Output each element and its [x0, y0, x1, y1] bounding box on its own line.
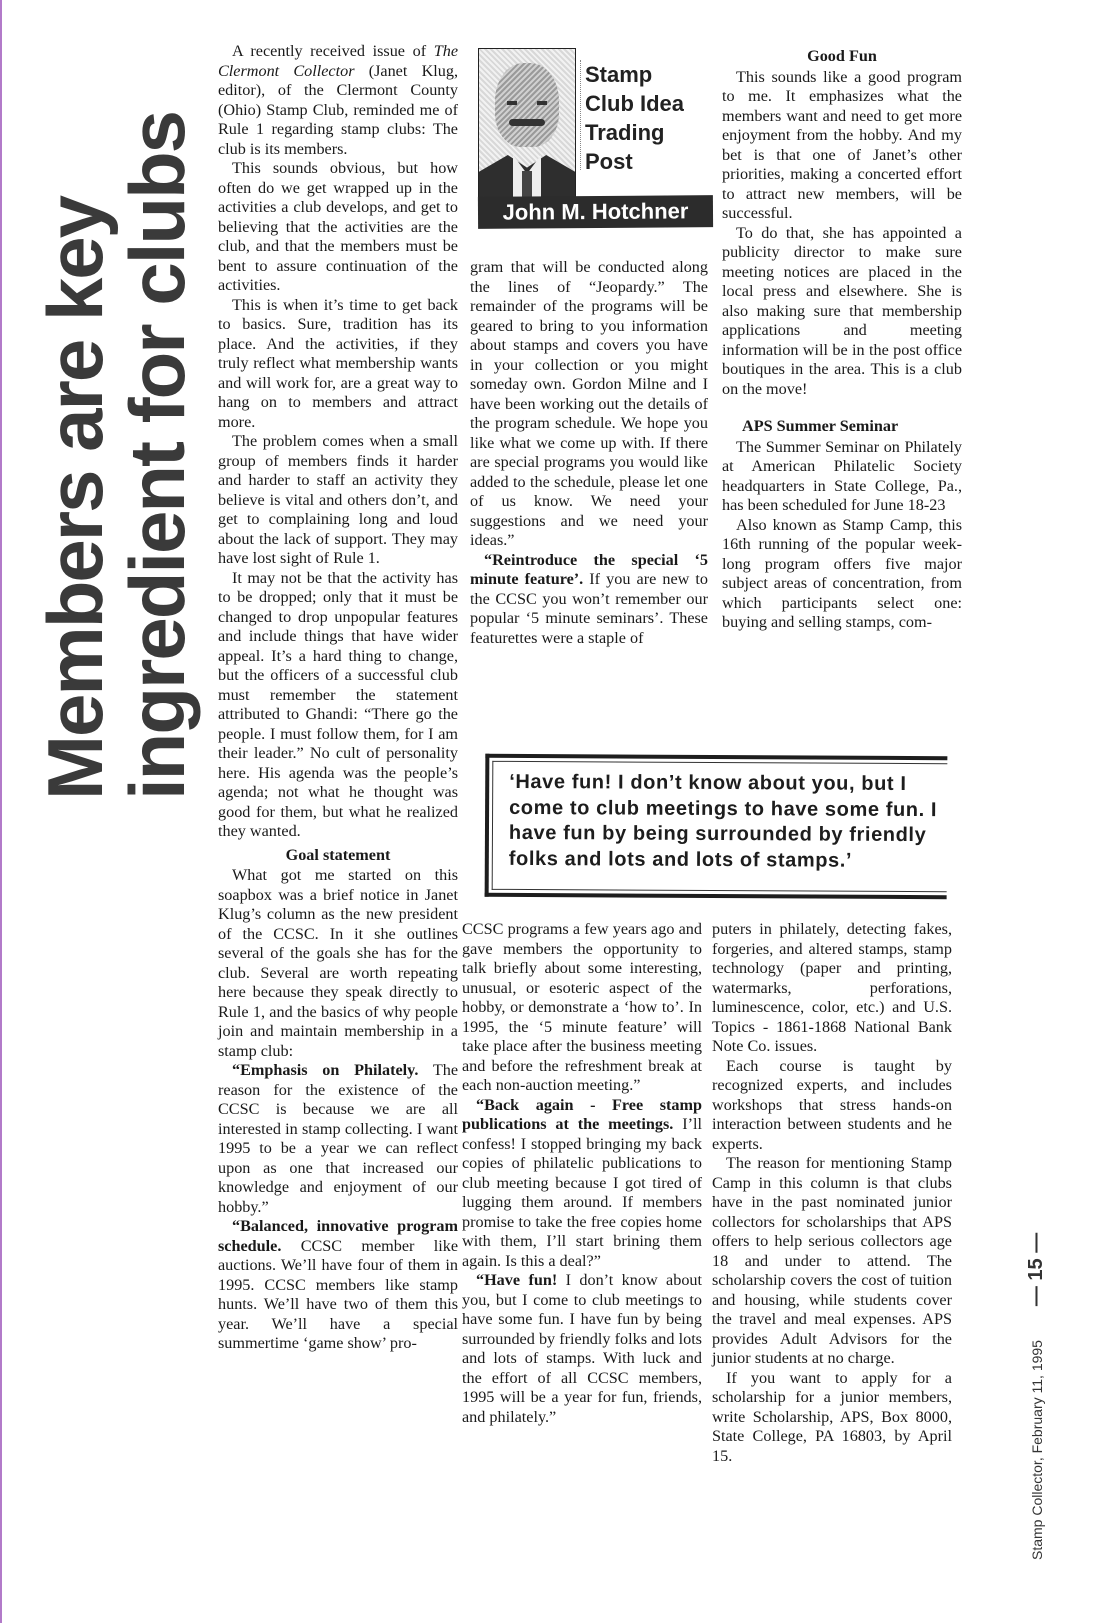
portrait-tie	[522, 171, 532, 197]
paragraph: The Summer Seminar on Philately at Ameri…	[722, 438, 962, 516]
paragraph: gram that will be conducted along the li…	[470, 258, 708, 551]
text: I don’t know about you, but I come to cl…	[462, 1271, 702, 1426]
author-byline: John M. Hotchner	[478, 195, 713, 229]
article-column-3-bottom: puters in philately, detecting fakes, fo…	[712, 920, 952, 1466]
author-photo	[478, 48, 576, 198]
paragraph: If you want to apply for a scholarship f…	[712, 1369, 952, 1467]
article-column-2-top: gram that will be conducted along the li…	[470, 258, 708, 648]
paragraph: The reason for mentioning Stamp Camp in …	[712, 1154, 952, 1369]
column-title-line: Club Idea	[585, 89, 684, 118]
portrait-eyes	[507, 101, 547, 105]
article-column-2-bottom: CCSC programs a few years ago and gave m…	[462, 920, 702, 1427]
paragraph: It may not be that the activity has to b…	[218, 569, 458, 842]
paragraph: Also known as Stamp Camp, this 16th runn…	[722, 516, 962, 633]
lead-in: “Emphasis on Philately.	[232, 1061, 418, 1079]
portrait-mustache	[509, 119, 545, 126]
paragraph: What got me started on this soapbox was …	[218, 866, 458, 1061]
paragraph: “Reintroduce the special ‘5 minute featu…	[470, 551, 708, 649]
subhead-aps-summer-seminar: APS Summer Seminar	[722, 417, 962, 437]
subhead-good-fun: Good Fun	[722, 47, 962, 67]
article-column-3-top: Good Fun This sounds like a good program…	[722, 47, 962, 633]
page-number: — 15 —	[1025, 1233, 1048, 1306]
pull-quote-text: ‘Have fun! I don’t know about you, but I…	[509, 770, 950, 874]
lead-in: “Back again - Free stamp publications at…	[462, 1096, 702, 1134]
paragraph: This is when it’s time to get back to ba…	[218, 296, 458, 433]
text: A recently received issue of	[232, 42, 434, 60]
pull-quote-box: ‘Have fun! I don’t know about you, but I…	[485, 754, 948, 899]
paragraph: “Balanced, innovative program schedule. …	[218, 1217, 458, 1354]
paragraph: This sounds obvious, but how often do we…	[218, 159, 458, 296]
headline-line-1: Members are key	[36, 197, 114, 800]
text: The reason for the existence of the CCSC…	[218, 1061, 458, 1216]
margin-rule	[0, 0, 2, 1623]
paragraph: “Back again - Free stamp publications at…	[462, 1096, 702, 1272]
article-headline: Members are key ingredient for clubs	[22, 30, 202, 800]
column-header: Stamp Club Idea Trading Post John M. Hot…	[478, 48, 713, 230]
paragraph: A recently received issue of The Clermon…	[218, 42, 458, 159]
paragraph: CCSC programs a few years ago and gave m…	[462, 920, 702, 1096]
headline-line-2: ingredient for clubs	[118, 112, 196, 800]
portrait-head	[495, 63, 559, 147]
text: I’ll confess! I stopped bringing my back…	[462, 1115, 702, 1270]
column-title-line: Trading	[585, 118, 684, 147]
article-column-1: A recently received issue of The Clermon…	[218, 42, 458, 1354]
lead-in: “Have fun!	[476, 1271, 557, 1289]
column-title-line: Stamp	[585, 60, 684, 89]
paragraph: puters in philately, detecting fakes, fo…	[712, 920, 952, 1057]
publication-date-line: Stamp Collector, February 11, 1995	[1029, 1340, 1045, 1560]
page-folio: Stamp Collector, February 11, 1995 — 15 …	[1025, 1233, 1048, 1560]
paragraph: This sounds like a good program to me. I…	[722, 68, 962, 224]
subhead-goal-statement: Goal statement	[218, 846, 458, 866]
paragraph: To do that, she has appointed a publicit…	[722, 224, 962, 400]
paragraph: “Have fun! I don’t know about you, but I…	[462, 1271, 702, 1427]
paragraph: “Emphasis on Philately. The reason for t…	[218, 1061, 458, 1217]
paragraph: The problem comes when a small group of …	[218, 432, 458, 569]
column-title-line: Post	[585, 147, 684, 170]
column-title: Stamp Club Idea Trading Post	[580, 60, 684, 170]
paragraph: Each course is taught by recognized expe…	[712, 1057, 952, 1155]
